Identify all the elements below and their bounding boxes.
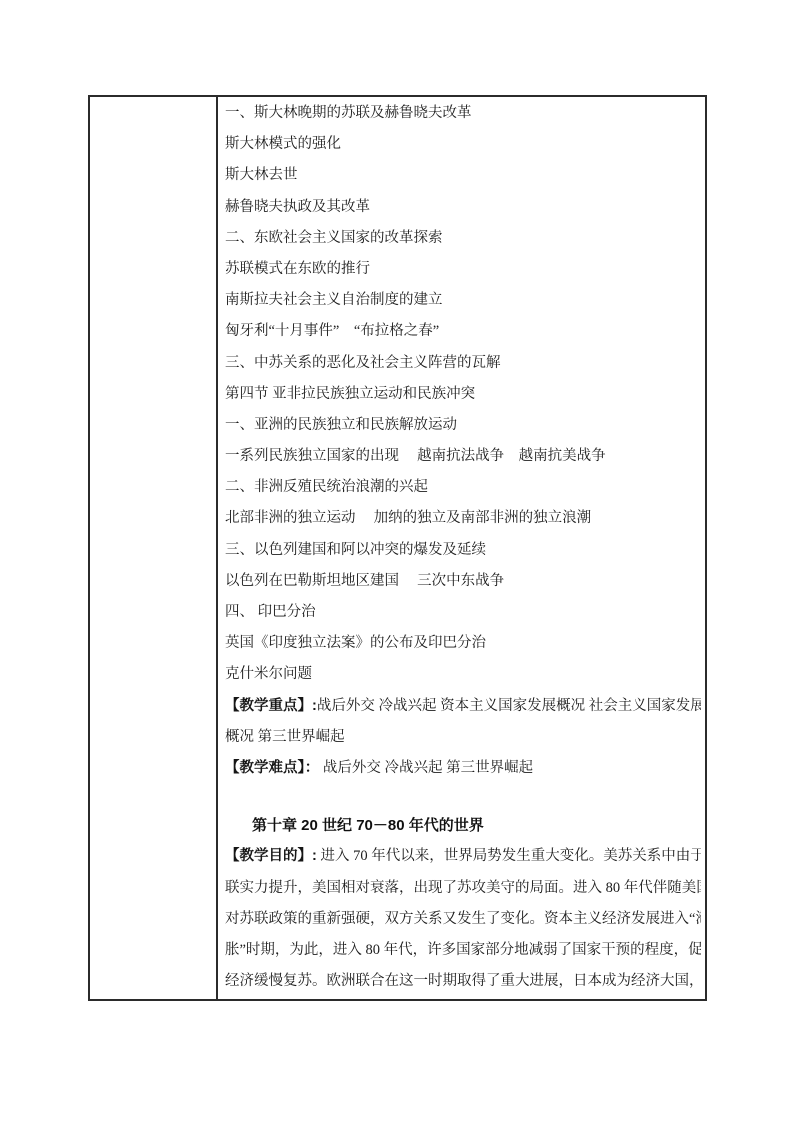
content-line: 第四节 亚非拉民族独立运动和民族冲突 [225, 379, 701, 410]
line-text: 战后外交 冷战兴起 第三世界崛起 [319, 760, 533, 776]
section-label: 【教学目的】: [225, 848, 317, 864]
content-line: 【教学目的】: 进入 70 年代以来，世界局势发生重大变化。美苏关系中由于苏 [225, 841, 701, 872]
content-line [225, 784, 701, 810]
content-line: 苏联模式在东欧的推行 [225, 254, 701, 285]
content-line: 经济缓慢复苏。欧洲联合在这一时期取得了重大进展，日本成为经济大国，第 [225, 966, 701, 997]
content-line: 四、 印巴分治 [225, 597, 701, 628]
content-line: 匈牙利“十月事件” “布拉格之春” [225, 316, 701, 347]
content-line: 二、东欧社会主义国家的改革探索 [225, 223, 701, 254]
table-content-cell: 一、斯大林晚期的苏联及赫鲁晓夫改革斯大林模式的强化斯大林去世赫鲁晓夫执政及其改革… [218, 97, 705, 999]
content-line: 三、中苏关系的恶化及社会主义阵营的瓦解 [225, 348, 701, 379]
content-line: 【教学重点】:战后外交 冷战兴起 资本主义国家发展概况 社会主义国家发展 [225, 691, 701, 722]
content-line: 第十章 20 世纪 70－80 年代的世界 [225, 810, 701, 841]
line-text: 进入 70 年代以来，世界局势发生重大变化。美苏关系中由于苏 [317, 848, 701, 864]
section-label: 【教学难点】： [225, 760, 319, 776]
content-line: 三、以色列建国和阿以冲突的爆发及延续 [225, 535, 701, 566]
line-text: 战后外交 冷战兴起 资本主义国家发展概况 社会主义国家发展 [317, 698, 701, 714]
content-line: 二、非洲反殖民统治浪潮的兴起 [225, 472, 701, 503]
content-line: 【教学难点】： 战后外交 冷战兴起 第三世界崛起 [225, 753, 701, 784]
content-line: 联实力提升，美国相对衰落，出现了苏攻美守的局面。进入 80 年代伴随美国 [225, 873, 701, 904]
content-line: 一系列民族独立国家的出现 越南抗法战争 越南抗美战争 [225, 441, 701, 472]
document-page: 一、斯大林晚期的苏联及赫鲁晓夫改革斯大林模式的强化斯大林去世赫鲁晓夫执政及其改革… [0, 0, 794, 1122]
content-line: 一、斯大林晚期的苏联及赫鲁晓夫改革 [225, 98, 701, 129]
content-line: 北部非洲的独立运动 加纳的独立及南部非洲的独立浪潮 [225, 503, 701, 534]
content-line: 斯大林去世 [225, 160, 701, 191]
content-line: 赫鲁晓夫执政及其改革 [225, 192, 701, 223]
content-line: 以色列在巴勒斯坦地区建国 三次中东战争 [225, 566, 701, 597]
content-line: 英国《印度独立法案》的公布及印巴分治 [225, 628, 701, 659]
content-line: 胀”时期，为此，进入 80 年代，许多国家部分地减弱了国家干预的程度，促使 [225, 935, 701, 966]
content-line: 斯大林模式的强化 [225, 129, 701, 160]
content-line: 一、亚洲的民族独立和民族解放运动 [225, 410, 701, 441]
content-line: 概况 第三世界崛起 [225, 722, 701, 753]
lesson-plan-table: 一、斯大林晚期的苏联及赫鲁晓夫改革斯大林模式的强化斯大林去世赫鲁晓夫执政及其改革… [88, 95, 707, 1001]
content-line: 对苏联政策的重新强硬，双方关系又发生了变化。资本主义经济发展进入“滞 [225, 904, 701, 935]
table-left-cell [90, 97, 218, 999]
content-line: 南斯拉夫社会主义自治制度的建立 [225, 285, 701, 316]
content-line: 克什米尔问题 [225, 659, 701, 690]
section-label: 【教学重点】: [225, 698, 317, 714]
